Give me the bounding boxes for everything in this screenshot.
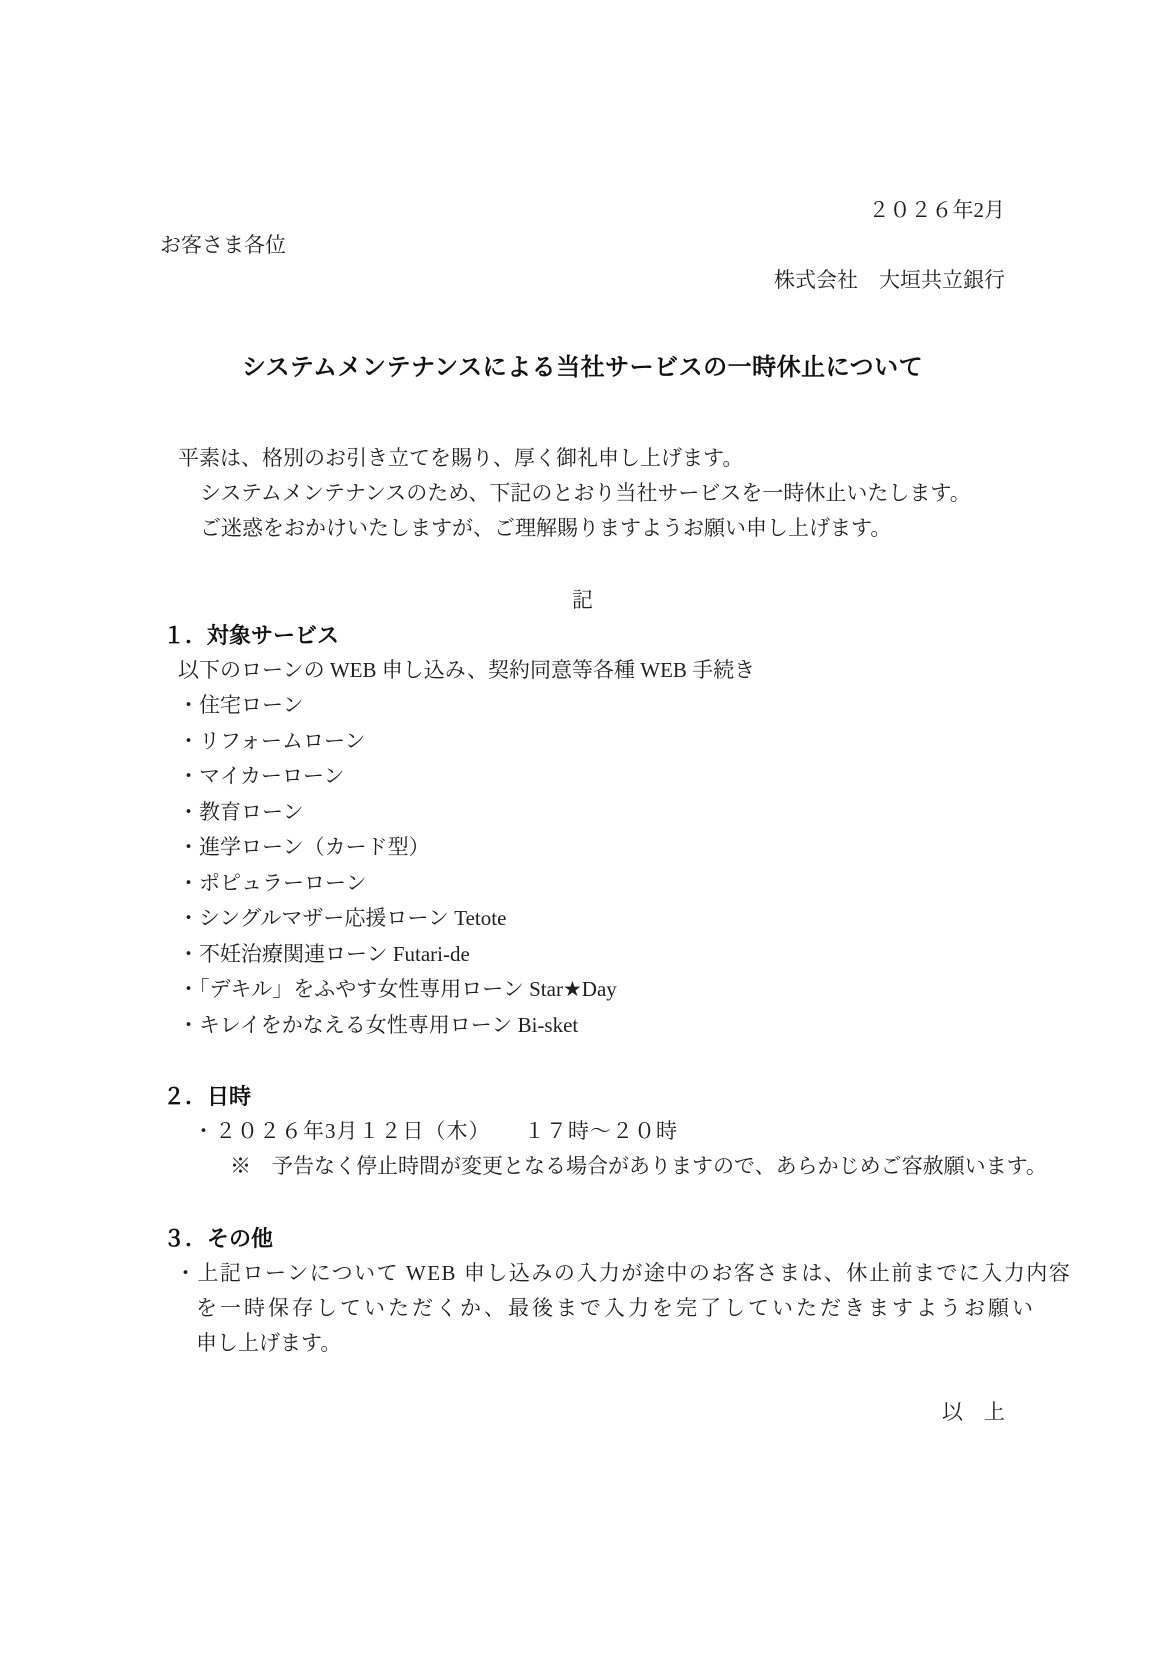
section1-intro: 以下のローンの WEB 申し込み、契約同意等各種 WEB 手続き bbox=[178, 653, 1005, 688]
other-note-line-1: ・上記ローンについて WEB 申し込みの入力が途中のお客さまは、休止前までに入力… bbox=[175, 1256, 1005, 1291]
service-item-tetote-loan: ・シングルマザー応援ローン Tetote bbox=[178, 901, 1005, 937]
service-item-bi-sket-loan: ・キレイをかなえる女性専用ローン Bi-sket bbox=[178, 1008, 1005, 1044]
addressee: お客さま各位 bbox=[160, 228, 1005, 263]
greeting-line-1: 平素は、格別のお引き立てを賜り、厚く御礼申し上げます。 bbox=[178, 441, 1005, 476]
service-item-reform-loan: ・リフォームローン bbox=[178, 724, 1005, 760]
notice-document-page: ２０２６年2月 お客さま各位 株式会社 大垣共立銀行 システムメンテナンスによる… bbox=[0, 0, 1170, 1654]
other-note-line-3: 申し上げます。 bbox=[196, 1326, 1005, 1361]
section2-heading: ２．日時 bbox=[163, 1079, 1005, 1114]
closing-marker: 以 上 bbox=[160, 1395, 1005, 1430]
service-item-shingaku-loan: ・進学ローン（カード型） bbox=[178, 830, 1005, 866]
service-list: ・住宅ローン ・リフォームローン ・マイカーローン ・教育ローン ・進学ローン（… bbox=[160, 688, 1005, 1043]
service-item-mycar-loan: ・マイカーローン bbox=[178, 759, 1005, 795]
other-note-line-2: を一時保存していただくか、最後まで入力を完了していただきますようお願い bbox=[196, 1291, 1005, 1326]
service-item-futari-de-loan: ・不妊治療関連ローン Futari-de bbox=[178, 937, 1005, 973]
greeting-paragraph: 平素は、格別のお引き立てを賜り、厚く御礼申し上げます。 システムメンテナンスのた… bbox=[160, 441, 1005, 546]
document-date: ２０２６年2月 bbox=[160, 193, 1005, 228]
greeting-line-2: システムメンテナンスのため、下記のとおり当社サービスを一時休止いたします。 bbox=[200, 476, 1005, 511]
service-item-popular-loan: ・ポピュラーローン bbox=[178, 866, 1005, 902]
document-title: システムメンテナンスによる当社サービスの一時休止について bbox=[160, 350, 1005, 385]
service-item-star-day-loan: ・「デキル」をふやす女性専用ローン Star★Day bbox=[178, 972, 1005, 1008]
record-marker: 記 bbox=[160, 583, 1005, 618]
service-item-housing-loan: ・住宅ローン bbox=[178, 688, 1005, 724]
maintenance-datetime: ・２０２６年3月１２日（木） １７時～２０時 bbox=[193, 1114, 1005, 1149]
section3-heading: ３．その他 bbox=[163, 1221, 1005, 1256]
caution-note: ※ 予告なく停止時間が変更となる場合がありますので、あらかじめご容赦願います。 bbox=[230, 1149, 1005, 1184]
greeting-line-3: ご迷惑をおかけいたしますが、ご理解賜りますようお願い申し上げます。 bbox=[200, 511, 1005, 546]
section3-paragraph: ・上記ローンについて WEB 申し込みの入力が途中のお客さまは、休止前までに入力… bbox=[160, 1256, 1005, 1361]
section1-heading: １．対象サービス bbox=[163, 618, 1005, 653]
service-item-education-loan: ・教育ローン bbox=[178, 795, 1005, 831]
sender-company: 株式会社 大垣共立銀行 bbox=[160, 263, 1005, 298]
